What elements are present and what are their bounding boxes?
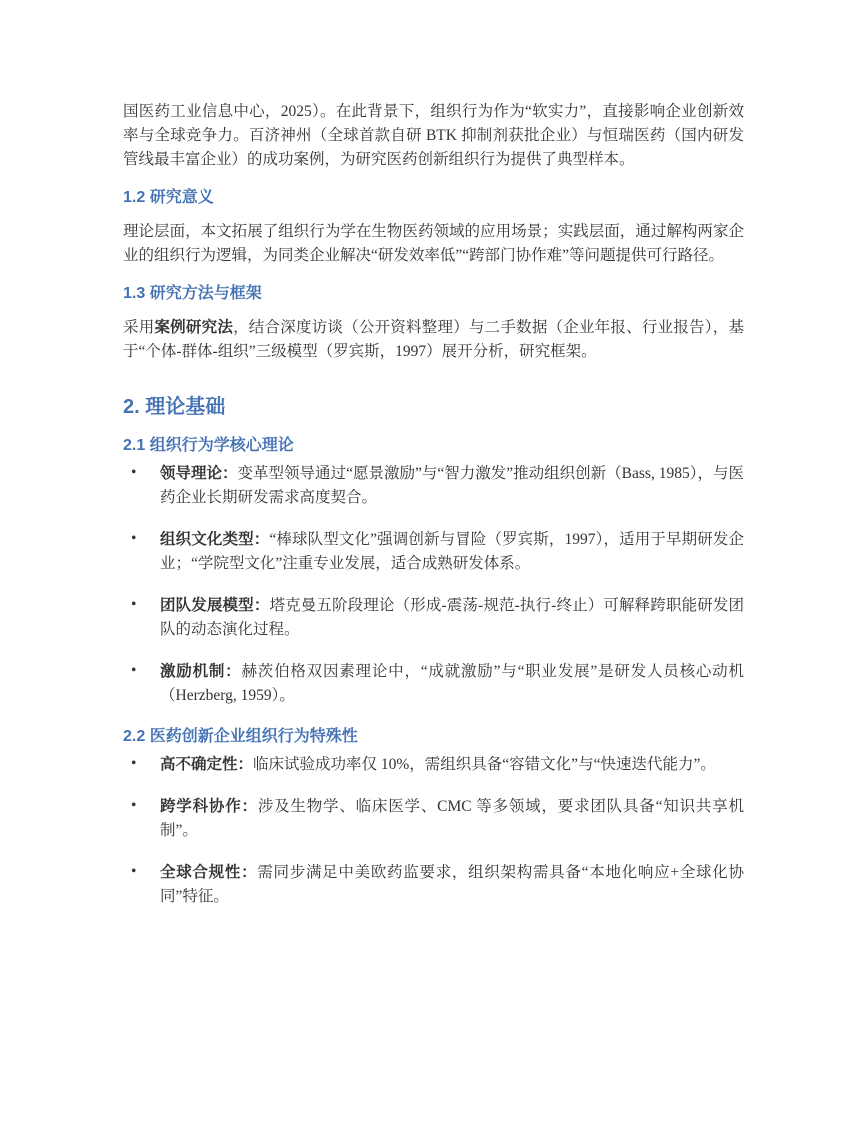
list-item-team-model: •团队发展模型：塔克曼五阶段理论（形成-震荡-规范-执行-终止）可解释跨职能研发…	[123, 594, 744, 642]
document-page: 国医药工业信息中心，2025）。在此背景下，组织行为作为“软实力”，直接影响企业…	[0, 0, 866, 1122]
bullet-label: 领导理论：	[160, 465, 238, 482]
bullet-icon: •	[131, 659, 136, 683]
heading-2-1: 2.1 组织行为学核心理论	[123, 435, 744, 457]
paragraph-1-3-pre: 采用	[123, 319, 154, 336]
bullet-text: 变革型领导通过“愿景激励”与“智力激发”推动组织创新（Bass, 1985），与…	[160, 465, 744, 506]
bullet-icon: •	[131, 794, 136, 818]
list-item-leadership-theory: •领导理论：变革型领导通过“愿景激励”与“智力激发”推动组织创新（Bass, 1…	[123, 462, 744, 510]
heading-1-2: 1.2 研究意义	[123, 187, 744, 209]
bullet-label: 全球合规性：	[160, 864, 257, 881]
bullet-label: 团队发展模型：	[160, 597, 269, 614]
bullet-label: 跨学科协作：	[160, 798, 258, 815]
bullet-icon: •	[131, 461, 136, 485]
list-item-interdisciplinary: •跨学科协作：涉及生物学、临床医学、CMC 等多领域，要求团队具备“知识共享机制…	[123, 795, 744, 843]
heading-2-2: 2.2 医药创新企业组织行为特殊性	[123, 726, 744, 748]
intro-paragraph: 国医药工业信息中心，2025）。在此背景下，组织行为作为“软实力”，直接影响企业…	[123, 100, 744, 172]
list-item-high-uncertainty: •高不确定性：临床试验成功率仅 10%，需组织具备“容错文化”与“快速迭代能力”…	[123, 753, 744, 777]
specificity-bullet-list: •高不确定性：临床试验成功率仅 10%，需组织具备“容错文化”与“快速迭代能力”…	[123, 753, 744, 909]
heading-2: 2. 理论基础	[123, 394, 744, 420]
bullet-icon: •	[131, 527, 136, 551]
heading-1-3: 1.3 研究方法与框架	[123, 283, 744, 305]
bullet-label: 高不确定性：	[160, 756, 253, 773]
paragraph-1-2: 理论层面，本文拓展了组织行为学在生物医药领域的应用场景；实践层面，通过解构两家企…	[123, 220, 744, 268]
list-item-global-compliance: •全球合规性：需同步满足中美欧药监要求，组织架构需具备“本地化响应+全球化协同”…	[123, 861, 744, 909]
bullet-text: 赫茨伯格双因素理论中，“成就激励”与“职业发展”是研发人员核心动机（Herzbe…	[160, 663, 744, 704]
bullet-label: 激励机制：	[160, 663, 241, 680]
bullet-icon: •	[131, 593, 136, 617]
list-item-culture-type: •组织文化类型：“棒球队型文化”强调创新与冒险（罗宾斯，1997），适用于早期研…	[123, 528, 744, 576]
theory-bullet-list: •领导理论：变革型领导通过“愿景激励”与“智力激发”推动组织创新（Bass, 1…	[123, 462, 744, 708]
paragraph-1-3: 采用案例研究法，结合深度访谈（公开资料整理）与二手数据（企业年报、行业报告），基…	[123, 316, 744, 364]
list-item-incentive-mechanism: •激励机制：赫茨伯格双因素理论中，“成就激励”与“职业发展”是研发人员核心动机（…	[123, 660, 744, 708]
paragraph-1-3-bold: 案例研究法	[154, 319, 233, 336]
bullet-icon: •	[131, 860, 136, 884]
bullet-label: 组织文化类型：	[160, 531, 269, 548]
bullet-text: 临床试验成功率仅 10%，需组织具备“容错文化”与“快速迭代能力”。	[253, 756, 716, 773]
bullet-icon: •	[131, 752, 136, 776]
